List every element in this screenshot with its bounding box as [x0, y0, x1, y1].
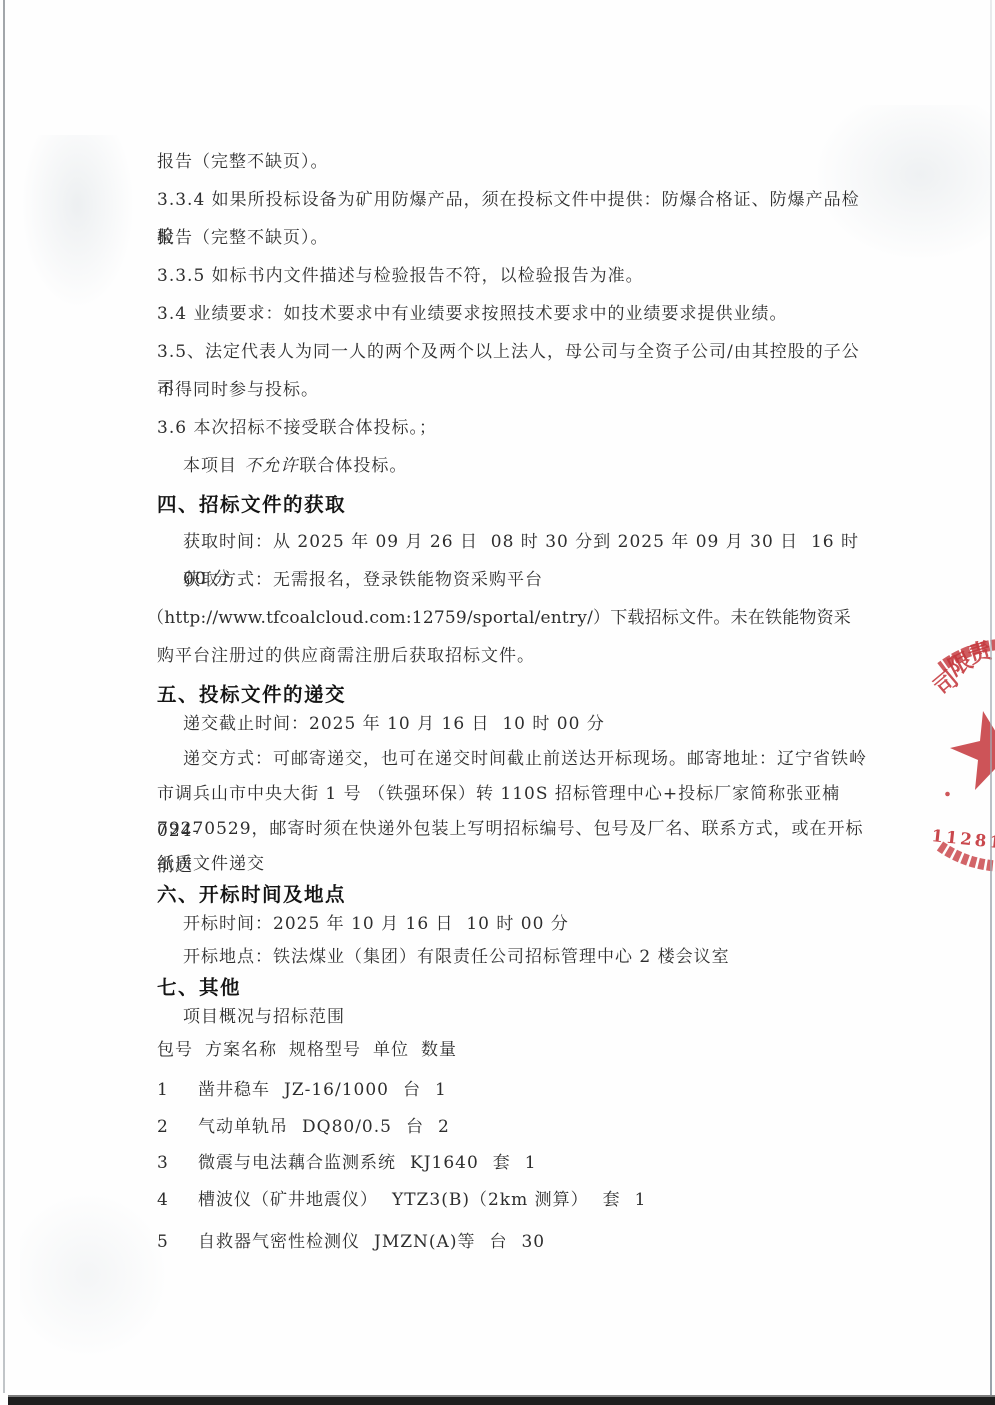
company-seal-stamp: 司 限 责 112810	[890, 600, 995, 900]
table-cell: 凿井稳车	[198, 1072, 270, 1109]
table-cell: 5	[157, 1224, 184, 1262]
doc-line: 3.5、法定代表人为同一人的两个及两个以上法人，母公司与全资子公司/由其控股的子…	[157, 334, 867, 372]
doc-line-indented: 开标时间：2025 年 10 月 16 日 10 时 00 分	[157, 906, 867, 939]
doc-line-indented: 项目概况与招标范围	[157, 999, 867, 1032]
table-cell: 单位	[373, 1032, 409, 1072]
doc-line-indented: 递交截止时间：2025 年 10 月 16 日 10 时 00 分	[157, 706, 867, 741]
scan-smudge	[20, 1190, 170, 1360]
table-row: 2气动单轨吊DQ80/0.5台2	[157, 1109, 867, 1145]
table-cell: 1	[635, 1182, 647, 1224]
table-cell: 数量	[421, 1032, 457, 1072]
seal-ink-speck	[945, 792, 950, 797]
table-cell: 自救器气密性检测仪	[198, 1224, 360, 1262]
section-heading: 五、投标文件的递交	[157, 676, 867, 706]
doc-line-url: （http://www.tfcoalcloud.com:12759/sporta…	[147, 600, 867, 638]
doc-line-indented: 本项目 不允许联合体投标。	[157, 448, 867, 486]
table-cell: 1	[525, 1145, 537, 1182]
doc-line: 3.4 业绩要求：如技术要求中有业绩要求按照技术要求中的业绩要求提供业绩。	[157, 296, 867, 334]
table-cell: 微震与电法藕合监测系统	[198, 1145, 396, 1182]
doc-line: 报告（完整不缺页）。	[157, 144, 867, 182]
table-cell: 1	[435, 1072, 447, 1109]
table-cell: YTZ3(B)（2km 测算）	[392, 1182, 589, 1224]
table-cell: JMZN(A)等	[374, 1224, 475, 1262]
table-cell: 3	[157, 1145, 184, 1182]
section-heading: 七、其他	[157, 969, 867, 999]
table-cell: 套	[493, 1145, 511, 1182]
doc-line: 3.3.4 如果所投标设备为矿用防爆产品，须在投标文件中提供：防爆合格证、防爆产…	[157, 182, 867, 220]
table-header-row: 包号方案名称规格型号单位数量	[157, 1032, 867, 1072]
table-row: 4槽波仪（矿井地震仪）YTZ3(B)（2km 测算）套1	[157, 1182, 867, 1224]
seal-star-icon	[950, 711, 995, 790]
table-cell: 包号	[157, 1032, 193, 1072]
doc-line-indented: 获取时间：从 2025 年 09 月 26 日 08 时 30 分到 2025 …	[157, 524, 867, 562]
text-run: 联合体投标。	[299, 456, 407, 476]
doc-line: 购平台注册过的供应商需注册后获取招标文件。	[157, 638, 867, 676]
text-run: 本项目	[183, 456, 243, 476]
table-cell: 气动单轨吊	[198, 1109, 288, 1145]
table-cell: KJ1640	[410, 1145, 479, 1182]
document-page: 报告（完整不缺页）。3.3.4 如果所投标设备为矿用防爆产品，须在投标文件中提供…	[0, 0, 995, 1405]
table-cell: 台	[489, 1224, 507, 1262]
doc-line: 3.6 本次招标不接受联合体投标。；	[157, 410, 867, 448]
table-row: 1凿井稳车JZ-16/1000台1	[157, 1072, 867, 1109]
table-cell: 台	[403, 1072, 421, 1109]
doc-line: 3.3.5 如标书内文件描述与检验报告不符，以检验报告为准。	[157, 258, 867, 296]
doc-line-indented: 获取方式：无需报名，登录铁能物资采购平台	[157, 562, 867, 600]
section-heading: 四、招标文件的获取	[157, 486, 867, 524]
section-heading: 六、开标时间及地点	[157, 876, 867, 906]
table-cell: 4	[157, 1182, 184, 1224]
doc-line: 市调兵山市中央大街 1 号 （铁强环保）转 110S 招标管理中心+投标厂家简称…	[157, 776, 867, 811]
table-cell: 规格型号	[289, 1032, 361, 1072]
table-cell: 槽波仪（矿井地震仪）	[198, 1182, 378, 1224]
scan-edge-bottom	[8, 1395, 995, 1405]
table-cell: 方案名称	[205, 1032, 277, 1072]
table-row: 5自救器气密性检测仪JMZN(A)等台30	[157, 1224, 867, 1262]
doc-line: 79270529，邮寄时须在快递外包装上写明招标编号、包号及厂名、联系方式，或在…	[157, 811, 867, 846]
doc-line: 报告（完整不缺页）。	[157, 220, 867, 258]
table-cell: 台	[406, 1109, 424, 1145]
table-cell: 1	[157, 1072, 184, 1109]
table-row: 3微震与电法藕合监测系统KJ1640套1	[157, 1145, 867, 1182]
table-cell: 30	[521, 1224, 545, 1262]
document-lines: 报告（完整不缺页）。3.3.4 如果所投标设备为矿用防爆产品，须在投标文件中提供…	[157, 144, 867, 1262]
doc-line-indented: 递交方式：可邮寄递交，也可在递交时间截止前送达开标现场。邮寄地址：辽宁省铁岭	[157, 741, 867, 776]
scan-edge-left	[3, 0, 5, 1393]
scan-smudge	[20, 135, 135, 310]
table-cell: DQ80/0.5	[302, 1109, 392, 1145]
doc-line: 不得同时参与投标。	[157, 372, 867, 410]
doc-line-indented: 开标地点：铁法煤业（集团）有限责任公司招标管理中心 2 楼会议室	[157, 939, 867, 969]
table-cell: 2	[438, 1109, 450, 1145]
scan-edge-right	[990, 0, 992, 1398]
table-cell: 2	[157, 1109, 184, 1145]
table-cell: JZ-16/1000	[284, 1072, 389, 1109]
doc-line: 纸质文件递交	[157, 846, 867, 876]
emphasis-text: 不允许	[243, 456, 299, 476]
table-cell: 套	[603, 1182, 621, 1224]
